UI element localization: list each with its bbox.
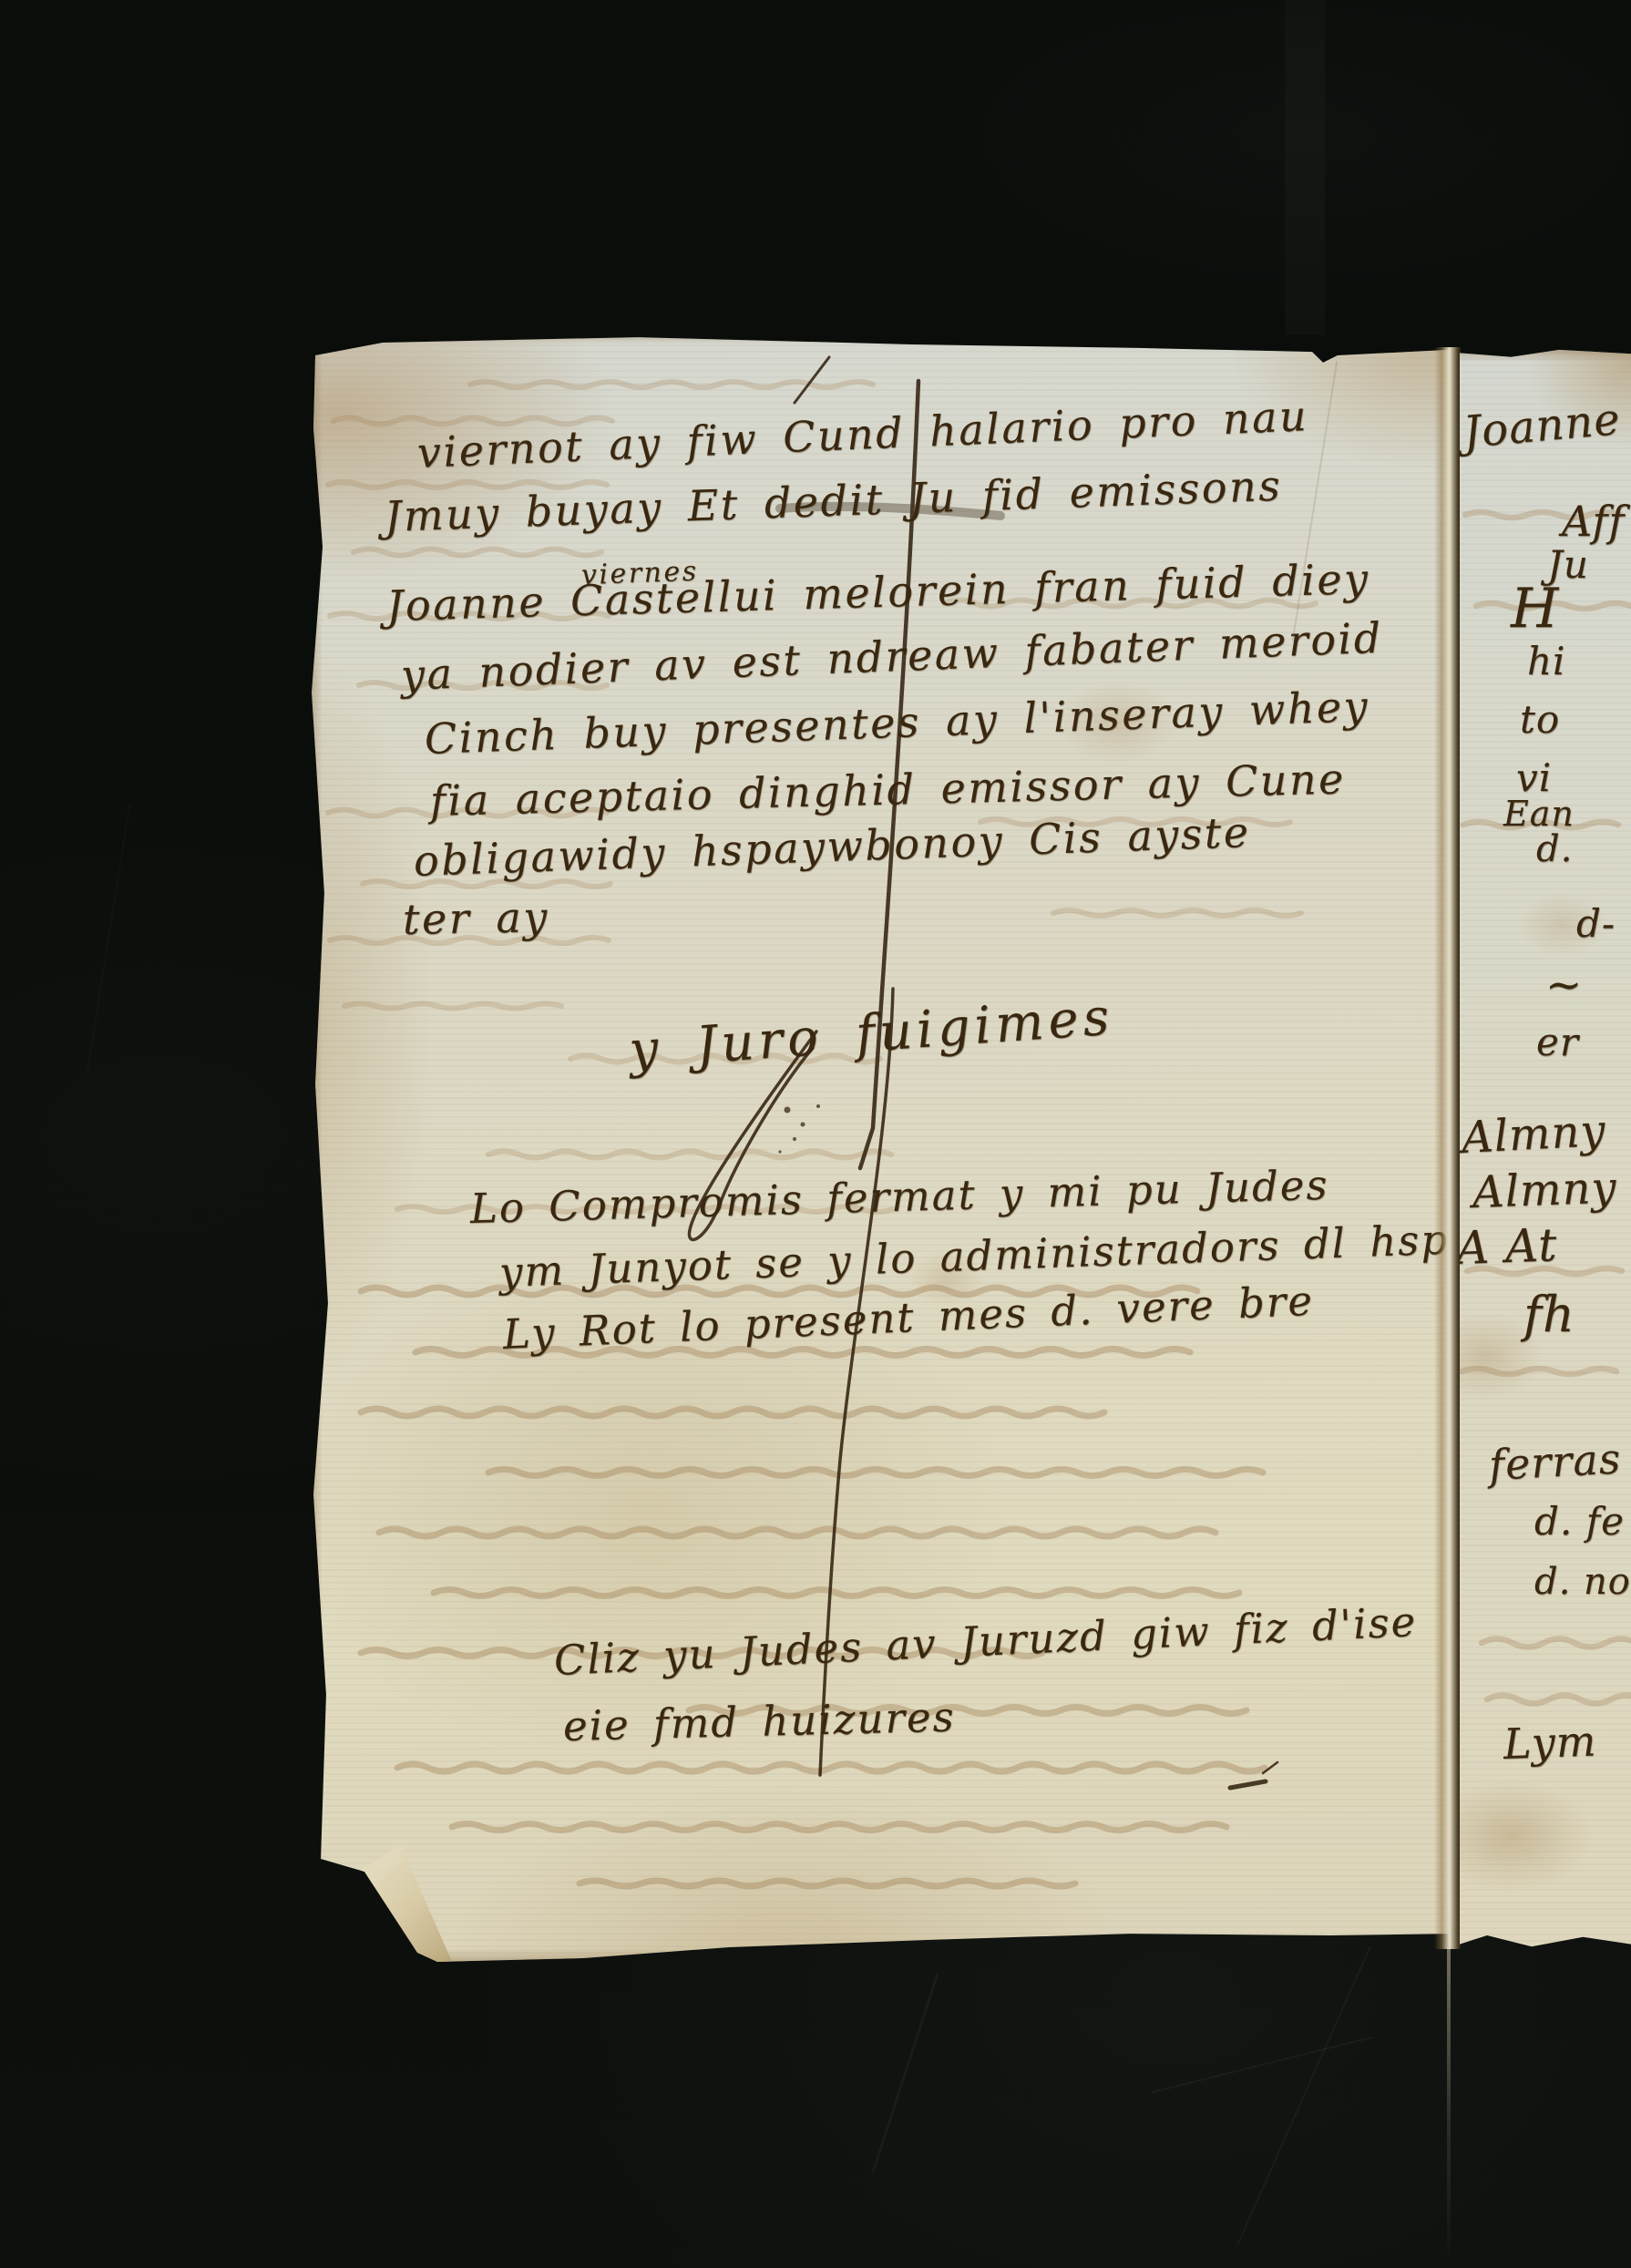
background-cloth-crease (87, 804, 131, 1074)
manuscript-line: Almny (1461, 1105, 1607, 1164)
manuscript-line: Aff (1562, 497, 1625, 546)
background-cloth-crease (1236, 1945, 1371, 2246)
manuscript-line: d. fe (1534, 1499, 1625, 1544)
background-cloth-crease (872, 1973, 939, 2173)
manuscript-line: ferras (1488, 1433, 1623, 1490)
manuscript-line: d. no (1534, 1561, 1631, 1603)
manuscript-line: Almny (1472, 1162, 1617, 1217)
manuscript-line: d. (1536, 828, 1573, 870)
main-manuscript-page: viernot ay fiw Cund halario pro nauJmuy … (306, 330, 1449, 1966)
manuscript-line: Joanne (1462, 394, 1623, 458)
fold-seam-highlight (1447, 1948, 1451, 2268)
manuscript-line: er (1536, 1020, 1579, 1064)
background-cloth-crease (1151, 2037, 1372, 2093)
manuscript-line: hi (1527, 639, 1565, 683)
manuscript-photograph: viernot ay fiw Cund halario pro nauJmuy … (0, 0, 1631, 2268)
right-page-text-block: JoanneAffJuHhitoviEand.d-~erAlmnyAlmnyA … (1460, 349, 1631, 1948)
manuscript-line: Lym (1503, 1716, 1597, 1769)
page-fold-seam (1434, 347, 1462, 1949)
manuscript-line: d- (1576, 901, 1616, 946)
manuscript-line: Cliz yu Judes av Juruzd giw fiz d'ise (553, 1597, 1418, 1685)
manuscript-line: eie fmd huizures (562, 1692, 956, 1750)
manuscript-line: A At (1460, 1218, 1558, 1275)
manuscript-line: to (1520, 697, 1560, 742)
manuscript-line: ~ (1545, 960, 1583, 1011)
right-manuscript-page: JoanneAffJuHhitoviEand.d-~erAlmnyAlmnyA … (1460, 349, 1631, 1948)
closing-text-block: Cliz yu Judes av Juruzd giw fiz d'iseeie… (306, 330, 1449, 1966)
manuscript-line: H (1511, 577, 1559, 641)
background-cloth-crease (1285, 0, 1325, 335)
manuscript-line: fh (1523, 1286, 1575, 1343)
